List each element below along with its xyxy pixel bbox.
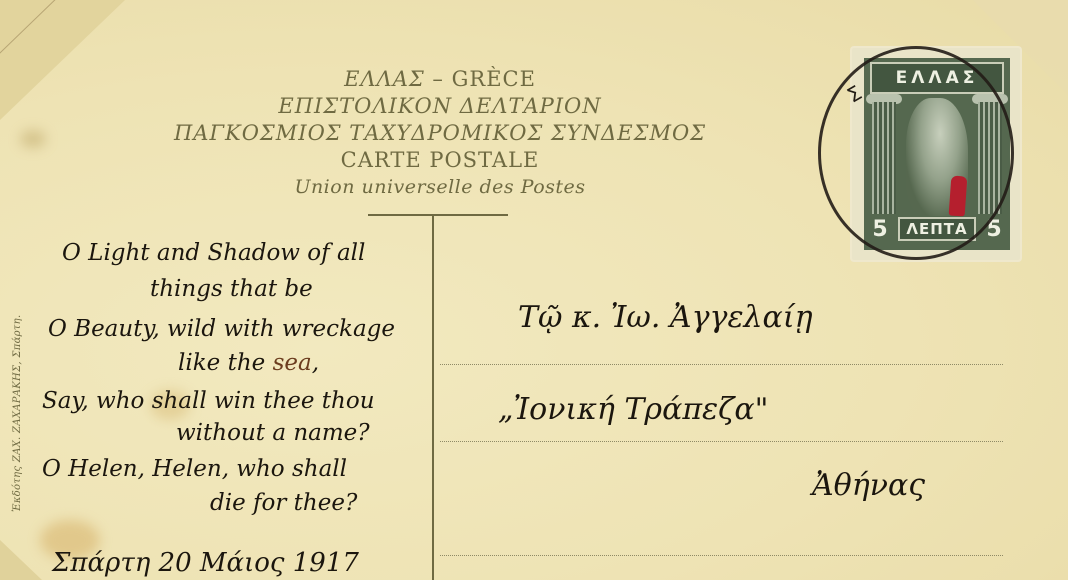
message-date-place: Σπάρτη 20 Μάιος 1917 [52,548,359,578]
address-line-1 [440,364,1003,365]
postmark-circle [818,46,1014,260]
folded-corner-bottom-left [0,540,42,580]
message-line: O Light and Shadow of all [62,240,365,266]
message-text: like the [178,350,273,376]
divider-horizontal [368,214,508,216]
header-greek-country: ΕΛΛΑΣ [344,67,425,91]
publisher-imprint: Ἐκδότης ΖΑΧ. ΖΑΧΑΡΑΚΗΣ, Σπάρτη. [12,315,23,512]
header-card-type-french: CARTE POSTALE [160,147,720,174]
header-card-type-greek: ΕΠΙΣΤΟΛΙΚΟΝ ΔΕΛΤΑΡΙΟΝ [160,93,720,120]
message-line: things that be [150,276,313,302]
folded-corner-top-left [0,0,125,120]
message-line: O Helen, Helen, who shall [42,456,347,482]
address-line-2 [440,441,1003,442]
header-french-country: GRÈCE [452,67,536,91]
printed-header: ΕΛΛΑΣ – GRÈCE ΕΠΙΣΤΟΛΙΚΟΝ ΔΕΛΤΑΡΙΟΝ ΠΑΓΚ… [160,66,720,201]
header-union-french: Union universelle des Postes [160,174,720,201]
message-text: , [312,350,319,376]
message-text-brown-ink: sea [273,350,312,376]
message-line: O Beauty, wild with wreckage [48,316,395,342]
address-institution: „Ἰονική Τράπεζα" [498,392,768,427]
header-country: ΕΛΛΑΣ – GRÈCE [160,66,720,93]
address-recipient: Τῷ κ. Ἰω. Ἀγγελαίῃ [518,300,813,335]
address-city: Ἀθήνας [812,468,925,503]
header-separator: – [425,67,452,91]
message-line: die for thee? [210,490,357,516]
message-line: Say, who shall win thee thou [42,388,375,414]
divider-vertical [432,214,434,580]
header-union-greek: ΠΑΓΚΟΣΜΙΟΣ ΤΑΧΥΔΡΟΜΙΚΟΣ ΣΥΝΔΕΣΜΟΣ [160,120,720,147]
message-line: without a name? [176,420,370,446]
postcard-back: ΕΛΛΑΣ – GRÈCE ΕΠΙΣΤΟΛΙΚΟΝ ΔΕΛΤΑΡΙΟΝ ΠΑΓΚ… [0,0,1068,580]
message-line: like the sea, [178,350,319,376]
paper-stain [20,130,46,148]
address-line-3 [440,555,1003,556]
